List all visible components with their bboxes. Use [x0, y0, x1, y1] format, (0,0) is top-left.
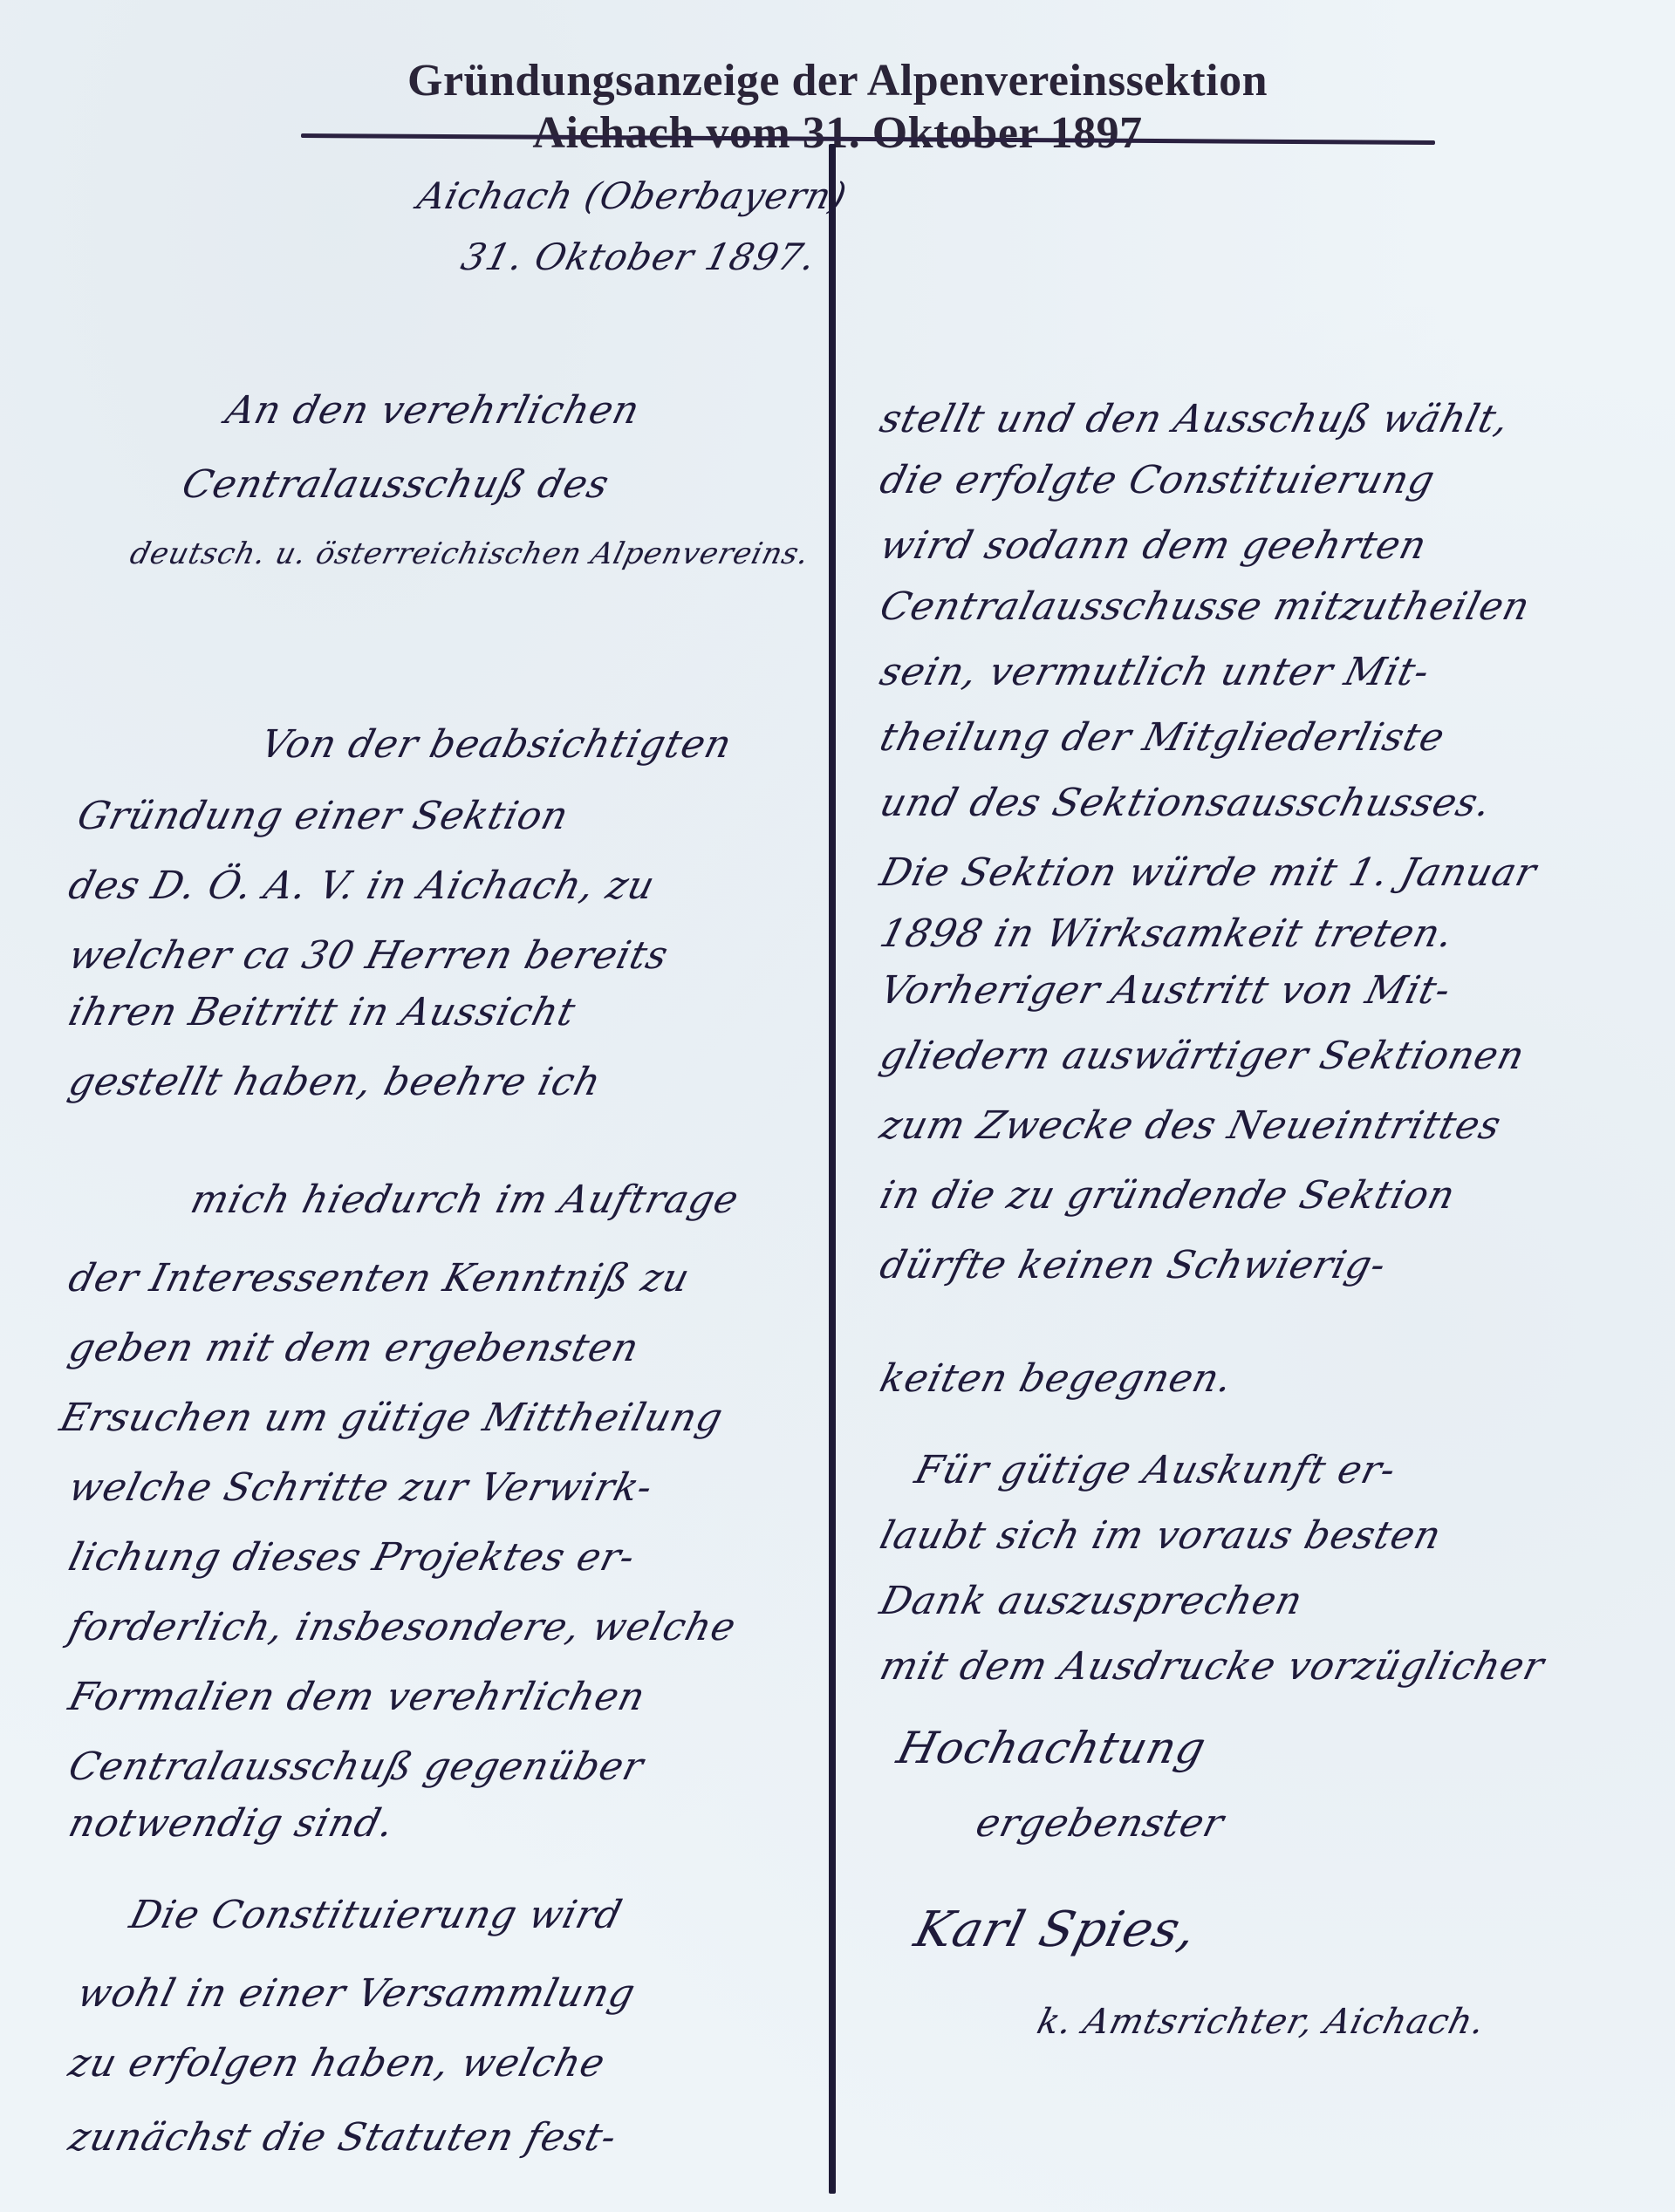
body-line: Gründung einer Sektion [73, 794, 574, 838]
column-divider [829, 144, 836, 2194]
address-line: An den verehrlichen [222, 388, 645, 433]
body-line: mich hiedurch im Auftrage [187, 1178, 744, 1222]
signature: Karl Spies, [909, 1901, 1203, 1958]
body-line: Centralausschusse mitzutheilen [876, 584, 1535, 629]
body-line: sein, vermutlich unter Mit- [876, 650, 1435, 694]
body-line: Für gütige Auskunft er- [911, 1448, 1401, 1492]
body-line: Von der beabsichtigten [256, 722, 737, 767]
body-line: geben mit dem ergebensten [65, 1326, 644, 1370]
body-line: zu erfolgen haben, welche [65, 2041, 611, 2086]
body-line: gliedern auswärtiger Sektionen [876, 1034, 1529, 1078]
body-line: in die zu gründende Sektion [876, 1173, 1460, 1218]
body-line: zunächst die Statuten fest- [65, 2115, 622, 2160]
body-line: lichung dieses Projektes er- [65, 1535, 640, 1580]
body-line: Ersuchen um gütige Mittheilung [56, 1396, 728, 1440]
body-line: gestellt haben, beehre ich [65, 1060, 606, 1104]
body-line: des D. Ö. A. V. in Aichach, zu [65, 864, 660, 908]
letter-place: Aichach (Oberbayern) [414, 174, 851, 217]
body-line: Die Constituierung wird [126, 1893, 627, 1937]
body-line: Dank auszusprechen [876, 1579, 1308, 1623]
letter-closing: ergebenster [972, 1801, 1229, 1846]
body-line: Vorheriger Austritt von Mit- [876, 968, 1456, 1013]
body-line: wohl in einer Versammlung [73, 1971, 640, 2016]
signature-title: k. Amtsrichter, Aichach. [1033, 2002, 1489, 2042]
body-line: 1898 in Wirksamkeit treten. [876, 911, 1459, 956]
letter-date: 31. Oktober 1897. [457, 236, 821, 278]
body-line: Centralausschuß gegenüber [65, 1744, 649, 1789]
body-line: Hochachtung [892, 1723, 1212, 1773]
body-line: forderlich, insbesondere, welche [65, 1605, 742, 1649]
body-line: die erfolgte Constituierung [876, 458, 1440, 502]
letter-right-column: stellt und den Ausschuß wählt, die erfol… [864, 0, 1649, 2212]
body-line: der Interessenten Kenntniß zu [65, 1256, 694, 1301]
body-line: welcher ca 30 Herren bereits [65, 933, 673, 978]
body-line: laubt sich im voraus besten [876, 1513, 1446, 1558]
body-line: ihren Beitritt in Aussicht [65, 990, 581, 1034]
address-line: deutsch. u. österreichischen Alpenverein… [126, 536, 813, 571]
body-line: mit dem Ausdrucke vorzüglicher [876, 1644, 1549, 1689]
body-line: notwendig sind. [65, 1801, 400, 1846]
body-line: stellt und den Ausschuß wählt, [876, 397, 1514, 441]
letter-left-column: Aichach (Oberbayern) 31. Oktober 1897. A… [52, 0, 820, 2212]
body-line: dürfte keinen Schwierig- [876, 1243, 1391, 1287]
body-line: theilung der Mitgliederliste [876, 715, 1450, 760]
body-line: und des Sektionsausschusses. [876, 781, 1496, 825]
body-line: wird sodann dem geehrten [876, 523, 1432, 568]
body-line: Formalien dem verehrlichen [65, 1675, 651, 1719]
body-line: zum Zwecke des Neueintrittes [876, 1103, 1506, 1148]
body-line: keiten begegnen. [876, 1356, 1238, 1401]
body-line: Die Sektion würde mit 1. Januar [876, 850, 1542, 895]
body-line: welche Schritte zur Verwirk- [65, 1465, 658, 1510]
address-line: Centralausschuß des [178, 462, 614, 507]
